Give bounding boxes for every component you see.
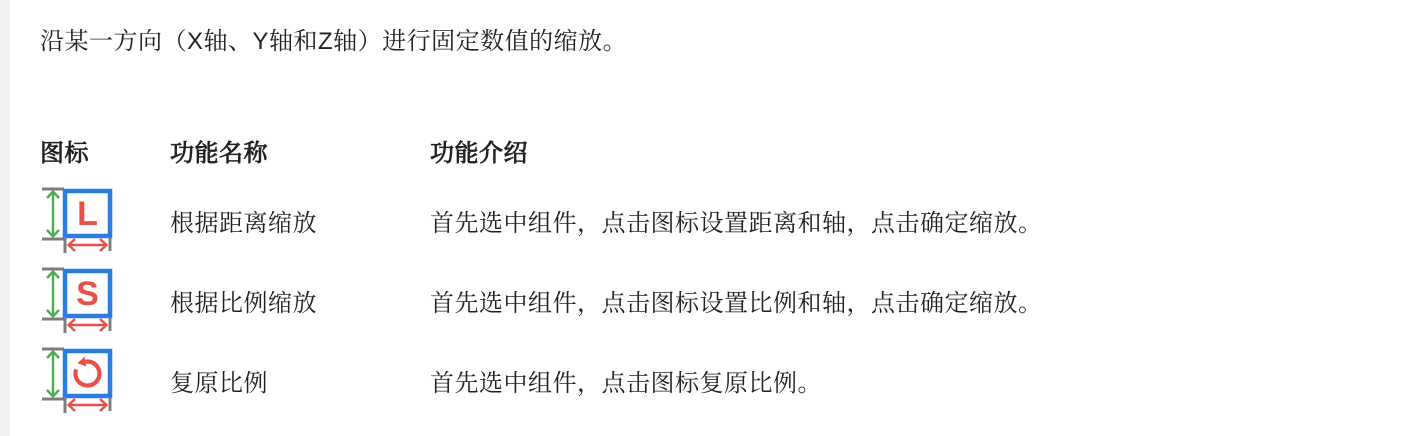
function-description: 首先选中组件，点击图标设置距离和轴，点击确定缩放。 <box>430 180 1392 260</box>
column-header-name: 功能名称 <box>170 120 430 180</box>
function-description: 首先选中组件，点击图标设置比例和轴，点击确定缩放。 <box>430 260 1392 340</box>
scale-by-ratio-icon: S <box>34 265 114 335</box>
icon-letter: L <box>77 195 98 233</box>
left-gutter <box>0 0 10 436</box>
function-description: 首先选中组件，点击图标复原比例。 <box>430 340 1392 420</box>
function-name: 根据比例缩放 <box>170 260 430 340</box>
table-row-icon-cell: S <box>40 260 170 340</box>
intro-paragraph: 沿某一方向（X轴、Y轴和Z轴）进行固定数值的缩放。 <box>40 26 627 58</box>
doc-page: 沿某一方向（X轴、Y轴和Z轴）进行固定数值的缩放。 图标 功能名称 功能介绍 L <box>0 0 1422 436</box>
function-name: 根据距离缩放 <box>170 180 430 260</box>
table-row-icon-cell: L <box>40 180 170 260</box>
column-header-icon: 图标 <box>40 120 170 180</box>
scale-by-distance-icon: L <box>34 185 114 255</box>
function-table: 图标 功能名称 功能介绍 L 根据距离缩放 首先选中组件，点击图标设置距离和轴，… <box>40 120 1392 420</box>
table-row-icon-cell <box>40 340 170 420</box>
restore-ratio-icon <box>34 345 114 415</box>
column-header-description: 功能介绍 <box>430 120 1392 180</box>
function-name: 复原比例 <box>170 340 430 420</box>
icon-letter: S <box>76 275 99 313</box>
